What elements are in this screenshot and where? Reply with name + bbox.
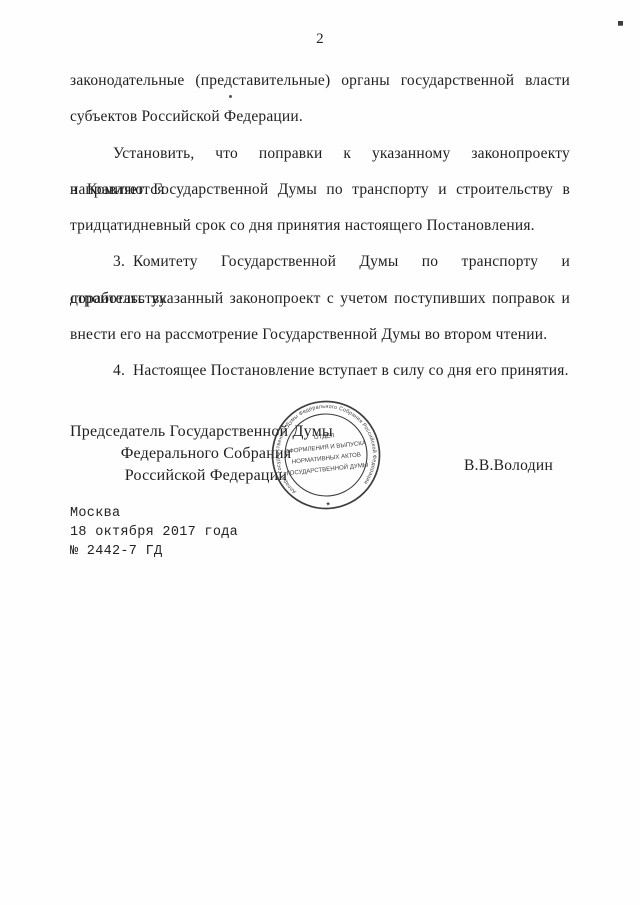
document-footer: Москва 18 октября 2017 года № 2442-7 ГД — [70, 504, 238, 562]
footer-city: Москва — [70, 504, 238, 523]
body-line: законодательные (представительные) орган… — [70, 63, 570, 99]
body-line: тридцатидневный срок со дня принятия нас… — [70, 208, 570, 244]
scan-artifact-corner — [618, 21, 623, 25]
body-line: Установить, что поправки к указанному за… — [70, 136, 570, 172]
body-line: 4. Настоящее Постановление вступает в си… — [70, 353, 570, 389]
document-page: 2 законодательные (представительные) орг… — [0, 0, 640, 905]
body-line: в Комитет Государственной Думы по трансп… — [70, 172, 570, 208]
body-line: субъектов Российской Федерации. — [70, 99, 570, 135]
signature-title-line: Председатель Государственной Думы — [70, 421, 342, 443]
document-body: законодательные (представительные) орган… — [70, 63, 570, 390]
body-line: доработать указанный законопроект с учет… — [70, 281, 570, 317]
footer-date: 18 октября 2017 года — [70, 523, 238, 542]
signature-title-line: Российской Федерации — [70, 465, 342, 487]
signatory-name: В.В.Володин — [464, 457, 553, 475]
signature-title-line: Федерального Собрания — [70, 443, 342, 465]
scan-artifact-dot — [229, 95, 232, 98]
page-number: 2 — [0, 31, 640, 48]
stamp-star-icon: ★ — [325, 501, 331, 507]
body-line: 3. Комитету Государственной Думы по тран… — [70, 244, 570, 280]
body-line: внести его на рассмотрение Государственн… — [70, 317, 570, 353]
footer-number: № 2442-7 ГД — [70, 542, 238, 561]
signature-block: Председатель Государственной Думы Федера… — [70, 421, 342, 487]
